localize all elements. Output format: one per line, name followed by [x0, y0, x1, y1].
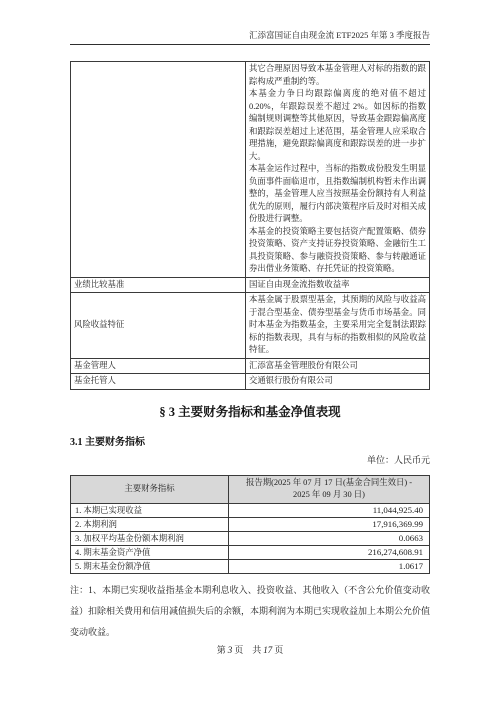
- period-line-2: 2025 年 09 月 30 日): [232, 489, 426, 502]
- table-row: 基金托管人 交通银行股份有限公司: [71, 374, 430, 390]
- table-row: 其它合理原因导致本基金管理人对标的指数的跟踪构成严重制约等。 本基金力争日均跟踪…: [71, 62, 430, 278]
- indicator-value: 0.0663: [229, 531, 430, 545]
- fund-custodian-value: 交通银行股份有限公司: [246, 374, 430, 390]
- table-row: 风险收益特征 本基金属于股票型基金，其预期的风险与收益高于混合型基金、债券型基金…: [71, 293, 430, 359]
- risk-profile-value: 本基金属于股票型基金，其预期的风险与收益高于混合型基金、债券型基金与货币市场基金…: [246, 293, 430, 359]
- benchmark-label: 业绩比较基准: [71, 277, 246, 293]
- footer-page-number: 3: [228, 645, 233, 655]
- table-row: 5. 期末基金份额净值 1.0617: [71, 559, 430, 573]
- fund-info-table: 其它合理原因导致本基金管理人对标的指数的跟踪构成严重制约等。 本基金力争日均跟踪…: [70, 61, 430, 390]
- fund-manager-label: 基金管理人: [71, 358, 246, 374]
- table-row: 基金管理人 汇添富基金管理股份有限公司: [71, 358, 430, 374]
- risk-profile-label: 风险收益特征: [71, 293, 246, 359]
- unit-label: 单位：人民币元: [70, 455, 430, 466]
- footer-total-label: 共: [252, 645, 261, 655]
- subsection-title: 3.1 主要财务指标: [70, 436, 430, 449]
- indicator-label: 1. 本期已实现收益: [71, 503, 229, 517]
- page-footer: 第3页共17页: [70, 644, 430, 656]
- fund-manager-value: 汇添富基金管理股份有限公司: [246, 358, 430, 374]
- footnote: 注：1、本期已实现收益指基金本期利息收入、投资收益、其他收入（不含公允价值变动收…: [70, 580, 430, 643]
- table-row: 2. 本期利润 17,916,369.99: [71, 517, 430, 531]
- table-row: 3. 加权平均基金份额本期利润 0.0663: [71, 531, 430, 545]
- table-row: 业绩比较基准 国证自由现金流指数收益率: [71, 277, 430, 293]
- strategy-paragraph: 本基金运作过程中，当标的指数成份股发生明显负面事件面临退市，且指数编制机构暂未作…: [249, 163, 426, 226]
- benchmark-value: 国证自由现金流指数收益率: [246, 277, 430, 293]
- financial-indicators-table: 主要财务指标 报告期(2025 年 07 月 17 日(基金合同生效日) - 2…: [70, 475, 430, 574]
- page-header: 汇添富国证自由现金流 ETF2025 年第 3 季度报告: [70, 0, 430, 45]
- table-row: 1. 本期已实现收益 11,044,925.40: [71, 503, 430, 517]
- table-row: 4. 期末基金资产净值 216,274,608.91: [71, 545, 430, 559]
- strategy-paragraph: 本基金力争日均跟踪偏离度的绝对值不超过 0.20%，年跟踪误差不超过 2%。如因…: [249, 88, 426, 163]
- indicator-label: 4. 期末基金资产净值: [71, 545, 229, 559]
- section-title: § 3 主要财务指标和基金净值表现: [70, 404, 430, 420]
- indicator-label: 3. 加权平均基金份额本期利润: [71, 531, 229, 545]
- indicator-value: 1.0617: [229, 559, 430, 573]
- fund-info-strategy-cell: 其它合理原因导致本基金管理人对标的指数的跟踪构成严重制约等。 本基金力争日均跟踪…: [246, 62, 430, 278]
- footer-page-label: 第: [217, 645, 226, 655]
- document-page: 汇添富国证自由现金流 ETF2025 年第 3 季度报告 其它合理原因导致本基金…: [0, 0, 500, 707]
- footer-total-number: 17: [263, 645, 272, 655]
- indicator-value: 17,916,369.99: [229, 517, 430, 531]
- indicator-column-header: 主要财务指标: [71, 475, 229, 503]
- indicator-value: 11,044,925.40: [229, 503, 430, 517]
- report-title: 汇添富国证自由现金流 ETF2025 年第 3 季度报告: [249, 30, 430, 40]
- indicator-value: 216,274,608.91: [229, 545, 430, 559]
- period-column-header: 报告期(2025 年 07 月 17 日(基金合同生效日) - 2025 年 0…: [229, 475, 430, 503]
- footer-page-suffix: 页: [234, 645, 243, 655]
- indicator-label: 2. 本期利润: [71, 517, 229, 531]
- strategy-paragraph: 其它合理原因导致本基金管理人对标的指数的跟踪构成严重制约等。: [249, 63, 426, 88]
- footer-total-suffix: 页: [274, 645, 283, 655]
- fund-custodian-label: 基金托管人: [71, 374, 246, 390]
- table-header-row: 主要财务指标 报告期(2025 年 07 月 17 日(基金合同生效日) - 2…: [71, 475, 430, 503]
- fund-info-empty-label-cell: [71, 62, 246, 278]
- indicator-label: 5. 期末基金份额净值: [71, 559, 229, 573]
- period-line-1: 报告期(2025 年 07 月 17 日(基金合同生效日) -: [232, 477, 426, 490]
- strategy-paragraph: 本基金的投资策略主要包括资产配置策略、债券投资策略、资产支持证券投资策略、金融衍…: [249, 226, 426, 276]
